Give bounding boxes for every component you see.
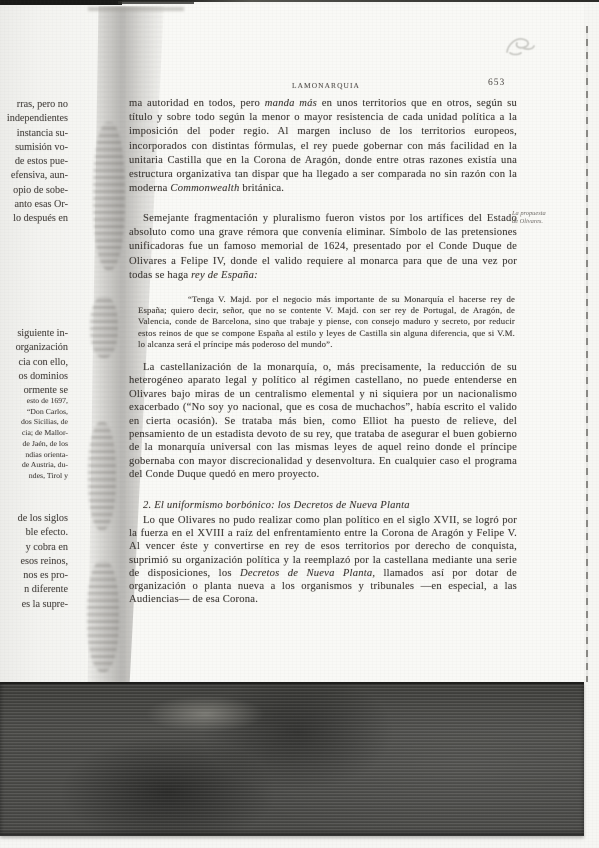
gutter-smudge (88, 422, 116, 530)
gutter-smudge (87, 560, 119, 672)
scan-smudge (88, 7, 184, 11)
bottom-scan-band (0, 682, 584, 836)
running-title: LAMONARQUIA (292, 81, 360, 90)
gutter-smudge (93, 122, 125, 270)
margin-fragment: siguiente in- organización cia con ello,… (0, 327, 68, 398)
block-quote: “Tenga V. Majd. por el negocio más impor… (138, 294, 515, 350)
paragraph: ma autoridad en todos, pero manda más en… (129, 97, 517, 196)
text-run: en unos territorios que en otros, según … (129, 98, 517, 194)
text-run: Semejante fragmentación y pluralismo fue… (129, 213, 517, 281)
text-run: británica. (239, 183, 284, 194)
paragraph: La castellanización de la monarquía, o, … (129, 361, 517, 482)
italic-run: Commonwealth (170, 183, 239, 194)
scan-top-bar (118, 1, 194, 4)
paragraph: Semejante fragmentación y pluralismo fue… (129, 212, 517, 283)
page-number: 653 (488, 78, 505, 88)
pencil-smudge (499, 30, 545, 64)
gutter-smudge (90, 296, 118, 358)
italic-run: manda más (265, 98, 317, 109)
margin-fragment: rras, pero no independientes instancia s… (0, 98, 68, 227)
scanned-book-page: rras, pero no independientes instancia s… (0, 0, 599, 848)
page-edge-line (586, 26, 588, 682)
side-note: La propuesta de Olivares. (512, 210, 564, 225)
section-heading: 2. El uniformismo borbónico: los Decreto… (129, 500, 517, 513)
italic-run: Decretos de Nueva Planta, (240, 568, 375, 579)
paragraph: Lo que Olivares no pudo realizar como pl… (129, 514, 517, 606)
italic-run: rey de España: (191, 270, 258, 281)
scan-top-bar (0, 0, 122, 5)
margin-fragment-footnote: esto de 1697, “Don Carlos, dos Sicilias,… (0, 396, 68, 482)
text-run: ma autoridad en todos, pero (129, 98, 265, 109)
margin-fragment: de los siglos ble efecto. y cobra en eso… (0, 512, 68, 612)
